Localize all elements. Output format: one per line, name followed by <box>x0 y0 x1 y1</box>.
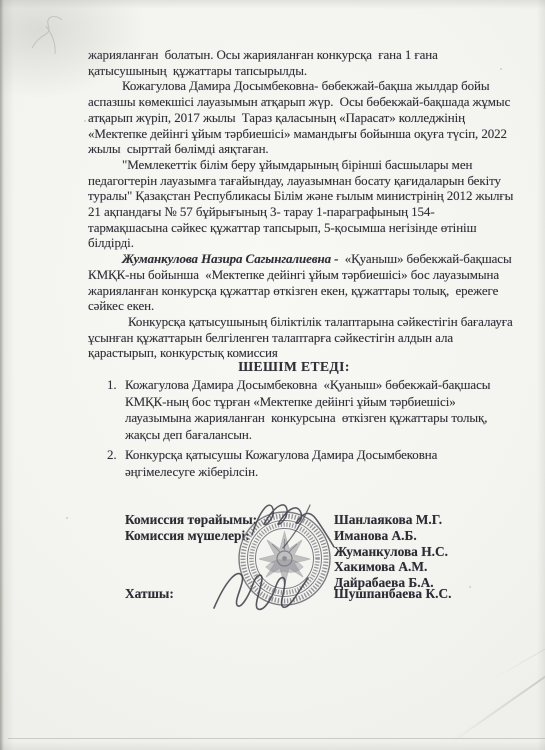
paper-crease <box>449 674 545 744</box>
text-line: туралы" Қазақстан Республикасы Білім жән… <box>88 188 513 204</box>
text-line: педагогтерін лауазымға тағайындау, лауаз… <box>88 173 513 189</box>
secretary-label: Хатшы: <box>125 586 174 601</box>
paper-wrinkle <box>22 10 82 60</box>
page-bottom-edge <box>8 738 545 739</box>
text-line: КМҚК-ның бос тұрған «Мектепке дейінгі ұй… <box>125 394 490 411</box>
text-line: жарияланған конкурсқа құжаттар өткізген … <box>88 283 513 299</box>
document-body: жарияланған болатын. Осы жарияланған кон… <box>88 47 513 481</box>
text-line: 21 ақпандағы № 57 бұйрығының 3- тарау 1-… <box>88 204 513 220</box>
speaker-name: Жуманкулова Назира Сагынгалиевна - <box>122 251 338 266</box>
text-line: әңгімелесуге жіберілсін. <box>125 464 437 481</box>
chair-signature <box>246 497 338 551</box>
text-line: Кожагулова Дамира Досымбековна «Қуаныш» … <box>125 377 490 394</box>
text-line: Конкурсқа қатысушының біліктілік талапта… <box>88 314 513 330</box>
paragraph-member-statement: Жуманкулова Назира Сагынгалиевна - «Қуан… <box>88 251 513 314</box>
paper-crease <box>489 646 545 682</box>
text-line: Кожагулова Дамира Досымбековна- бөбекжай… <box>88 78 513 94</box>
text-line: «Мектепке дейінгі ұйым тәрбиешісі» маман… <box>88 126 513 142</box>
text-line: "Мемлекеттік білім беру ұйымдарының бірі… <box>88 157 513 173</box>
paragraph-preamble: Конкурсқа қатысушының біліктілік талапта… <box>88 314 513 361</box>
text-line: аспазшы көмекшісі лауазымын атқарып жүр.… <box>88 94 513 110</box>
scan-speck <box>500 68 502 70</box>
scan-speck <box>469 586 471 588</box>
text-line: жарияланған болатын. Осы жарияланған кон… <box>88 47 513 63</box>
secretary-signature <box>210 560 312 616</box>
text-line: тармақшасына сәйкес құжаттар тапсырып, 5… <box>88 220 513 236</box>
text-line: қатысушының құжаттары тапсырылды. <box>88 63 513 79</box>
scan-speck <box>66 517 68 519</box>
decision-item: 1. Кожагулова Дамира Досымбековна «Қуаны… <box>107 377 513 444</box>
text-line: лауазымына жарияланған конкурсына өткізг… <box>125 410 490 427</box>
text-line: жақсы деп бағалансын. <box>125 427 490 444</box>
text-line: атқарып жүріп, 2017 жылы Тараз қаласының… <box>88 110 513 126</box>
text-line: Конкурсқа қатысушы Кожагулова Дамира Дос… <box>125 447 437 464</box>
paragraph-legal-basis: "Мемлекеттік білім беру ұйымдарының бірі… <box>88 157 513 251</box>
members-label: Комиссия мүшелері: <box>125 528 250 543</box>
decision-heading: ШЕШІМ ЕТЕДІ: <box>88 359 500 375</box>
scanned-document-page: жарияланған болатын. Осы жарияланған кон… <box>0 0 545 750</box>
list-number: 2. <box>107 447 125 481</box>
text-line: білдірді. <box>88 235 513 251</box>
member-name: Хакимова А.М. <box>334 559 427 574</box>
scan-speck <box>84 120 86 122</box>
secretary-name: Шушпанбаева К.С. <box>334 586 452 601</box>
text-line: КМҚК-ны бойынша «Мектепке дейінгі ұйым т… <box>88 267 513 283</box>
member-name: Жуманкулова Н.С. <box>334 544 448 559</box>
text-line: ұсынған құжаттарын белгіленген талаптарғ… <box>88 330 513 346</box>
list-number: 1. <box>107 377 125 444</box>
text-after-speaker: «Қуаныш» бөбекжай-бақшасы <box>338 251 511 266</box>
decision-list: 1. Кожагулова Дамира Досымбековна «Қуаны… <box>107 377 513 481</box>
text-line: жылы сырттай бөлімді аяқтаған. <box>88 141 513 157</box>
text-line: Жуманкулова Назира Сагынгалиевна - «Қуан… <box>88 251 513 267</box>
member-name: Иманова А.Б. <box>334 528 417 543</box>
decision-item: 2. Конкурсқа қатысушы Кожагулова Дамира … <box>107 447 513 481</box>
list-item-text: Конкурсқа қатысушы Кожагулова Дамира Дос… <box>125 447 437 481</box>
list-item-text: Кожагулова Дамира Досымбековна «Қуаныш» … <box>125 377 490 444</box>
paragraph-candidate-background: Кожагулова Дамира Досымбековна- бөбекжай… <box>88 78 513 157</box>
text-line: сәйкес екен. <box>88 298 513 314</box>
chair-name: Шанлаякова М.Г. <box>334 512 442 527</box>
paragraph-intro: жарияланған болатын. Осы жарияланған кон… <box>88 47 513 78</box>
